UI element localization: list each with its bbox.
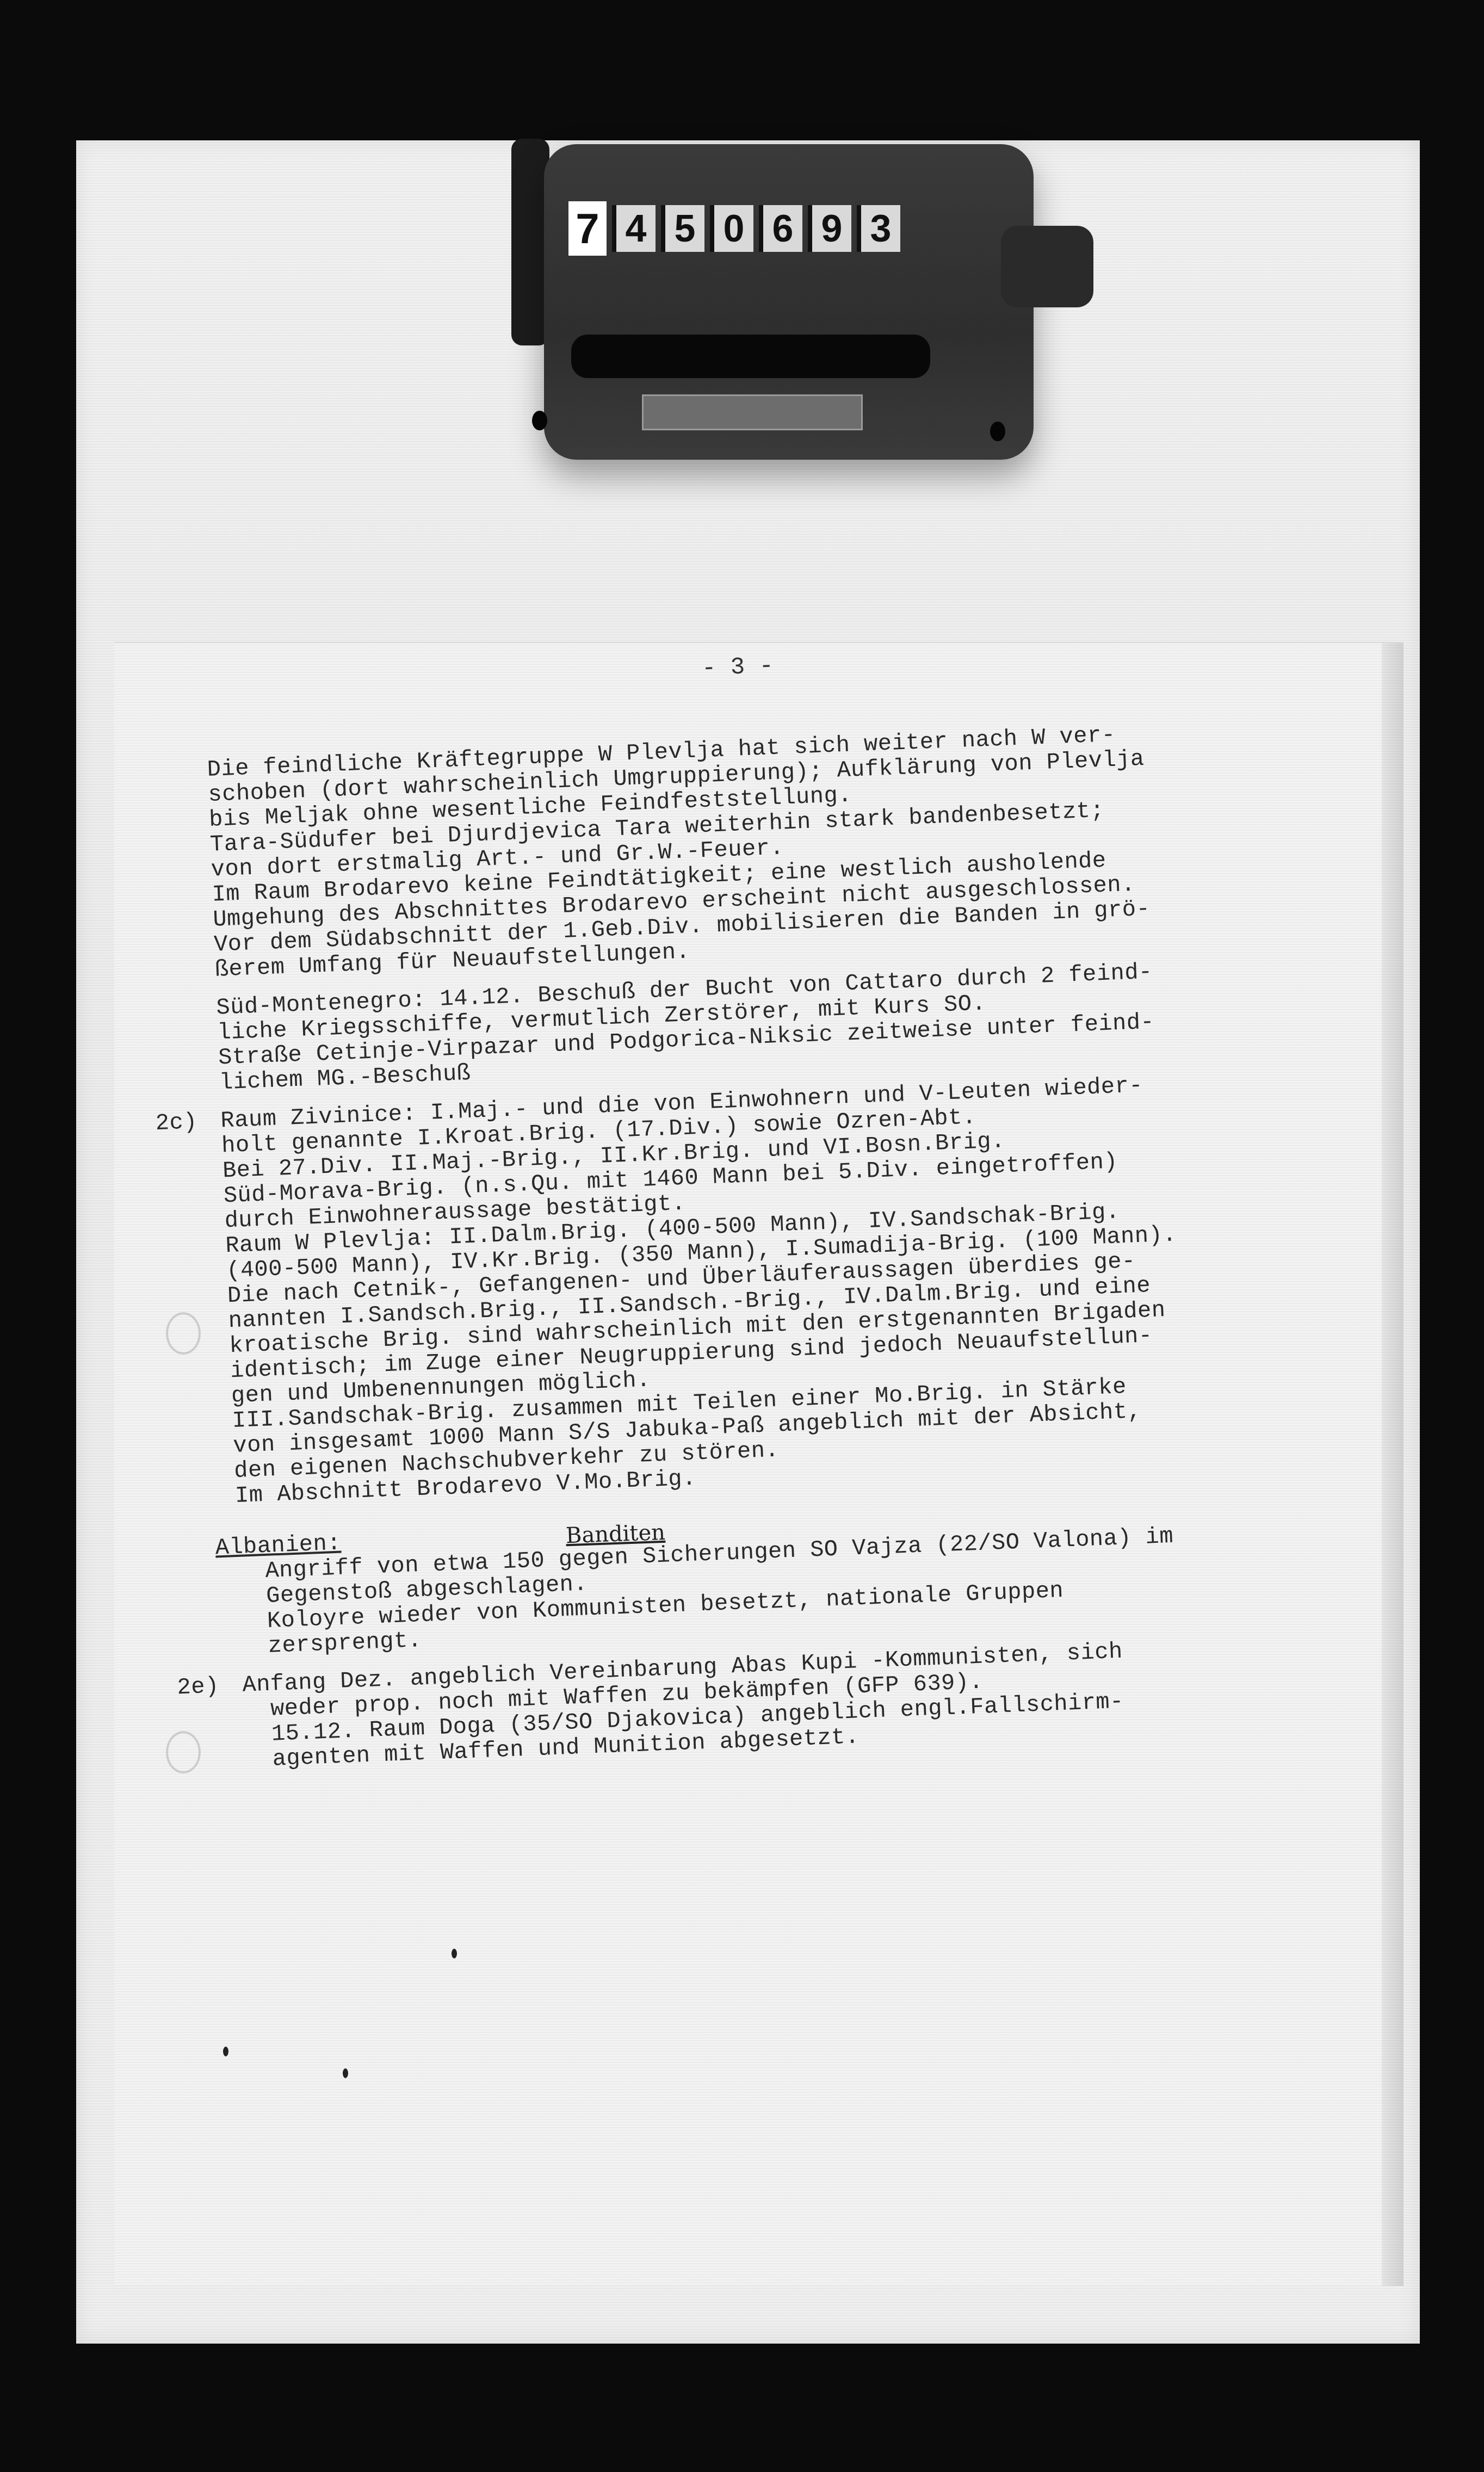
frame-counter-device: 7 4 5 0 6 9 3 [511,139,1044,460]
indent [240,1627,267,1628]
indent [245,1765,273,1766]
document-page: - 3 - Die feindliche Kräftegruppe W Plev… [114,642,1403,2286]
counter-digit: 9 [808,205,851,252]
counter-digit: 4 [612,205,656,252]
indent [244,1715,271,1716]
counter-digit: 5 [661,205,704,252]
counter-digit: 6 [759,205,802,252]
speck [452,1949,457,1958]
section-marker: 2e) [177,1673,220,1700]
speck [343,2068,348,2078]
screw-icon [532,411,547,430]
counter-plate [642,394,863,430]
counter-digit: 3 [857,205,900,252]
counter-slot [571,335,930,378]
page-number: - 3 - [701,652,774,682]
counter-digits: 7 4 5 0 6 9 3 [568,201,900,256]
indent [239,1602,267,1603]
indent [238,1577,265,1578]
indent [241,1652,268,1653]
counter-digit: 7 [568,201,607,256]
speck [223,2047,228,2056]
indent [244,1740,271,1741]
handwritten-insert: Banditen [565,1520,665,1548]
section-marker: 2c) [155,1109,198,1136]
screw-icon [990,422,1005,441]
punch-hole-icon [166,1731,201,1773]
counter-knob-icon [1001,226,1093,307]
typewritten-text: Die feindliche Kräftegruppe W Plevlja ha… [207,715,1333,1772]
punch-hole-icon [166,1312,201,1355]
page-edge [1382,643,1403,2286]
counter-digit: 0 [710,205,753,252]
